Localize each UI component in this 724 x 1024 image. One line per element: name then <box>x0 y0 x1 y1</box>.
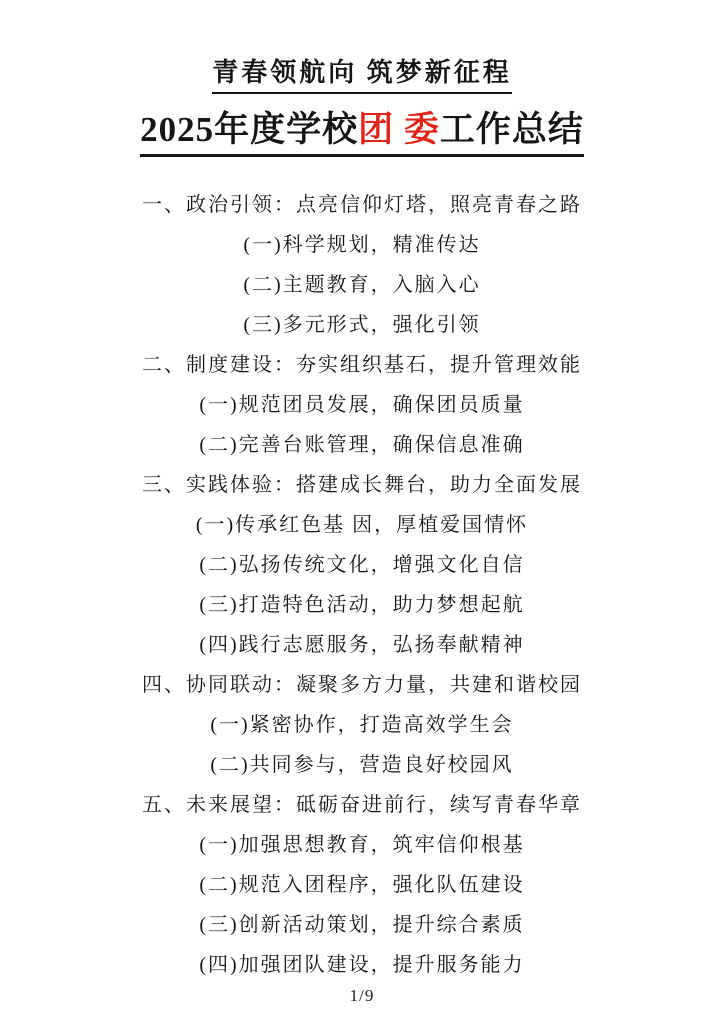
outline-item: (三)创新活动策划，提升综合素质 <box>0 905 724 945</box>
outline-item: (二)主题教育，入脑入心 <box>0 265 724 305</box>
outline-item: (二)完善台账管理，确保信息准确 <box>0 425 724 465</box>
document-subtitle: 青春领航向 筑梦新征程 <box>212 52 512 94</box>
title-highlight: 团 委 <box>358 110 440 149</box>
outline-item: 一、政治引领：点亮信仰灯塔，照亮青春之路 <box>0 185 724 225</box>
outline-item: 三、实践体验：搭建成长舞台，助力全面发展 <box>0 465 724 505</box>
document-page: 青春领航向 筑梦新征程 2025年度学校团 委工作总结 一、政治引领：点亮信仰灯… <box>0 0 724 1024</box>
outline-item: (四)践行志愿服务，弘扬奉献精神 <box>0 625 724 665</box>
outline-item: (一)规范团员发展，确保团员质量 <box>0 385 724 425</box>
outline-item: (一)科学规划，精准传达 <box>0 225 724 265</box>
outline-item: (四)加强团队建设，提升服务能力 <box>0 945 724 985</box>
document-subtitle-row: 青春领航向 筑梦新征程 <box>0 52 724 94</box>
outline-item: (二)共同参与，营造良好校园风 <box>0 745 724 785</box>
outline-item: (二)规范入团程序，强化队伍建设 <box>0 865 724 905</box>
outline-item: 二、制度建设：夯实组织基石，提升管理效能 <box>0 345 724 385</box>
outline-list: 一、政治引领：点亮信仰灯塔，照亮青春之路 (一)科学规划，精准传达 (二)主题教… <box>0 185 724 985</box>
page-number: 1/9 <box>0 986 724 1006</box>
outline-item: (三)打造特色活动，助力梦想起航 <box>0 585 724 625</box>
title-prefix: 2025年度学校 <box>140 110 358 149</box>
document-title: 2025年度学校团 委工作总结 <box>0 102 724 157</box>
outline-item: (三)多元形式，强化引领 <box>0 305 724 345</box>
document-title-text: 2025年度学校团 委工作总结 <box>140 102 584 157</box>
outline-item: (一)传承红色基 因，厚植爱国情怀 <box>0 505 724 545</box>
outline-item: (二)弘扬传统文化，增强文化自信 <box>0 545 724 585</box>
outline-item: 五、未来展望：砥砺奋进前行，续写青春华章 <box>0 785 724 825</box>
outline-item: (一)加强思想教育，筑牢信仰根基 <box>0 825 724 865</box>
outline-item: 四、协同联动：凝聚多方力量，共建和谐校园 <box>0 665 724 705</box>
title-suffix: 工作总结 <box>440 110 584 149</box>
outline-item: (一)紧密协作，打造高效学生会 <box>0 705 724 745</box>
